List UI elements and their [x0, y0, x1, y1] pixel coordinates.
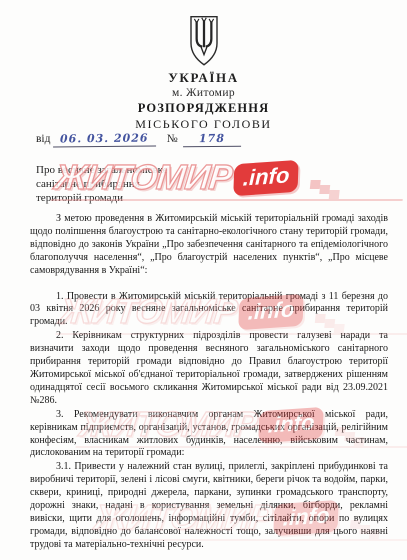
document-body: З метою проведення в Житомирській міські… [30, 213, 388, 552]
scanned-document-page: УКРАЇНА м. Житомир РОЗПОРЯДЖЕННЯ МІСЬКОГ… [0, 0, 407, 560]
watermark-site-suffix: .info [234, 159, 300, 195]
handwritten-number: 178 [183, 132, 241, 148]
city-name: м. Житомир [0, 87, 407, 99]
document-type: РОЗПОРЯДЖЕННЯ [0, 101, 407, 116]
handwritten-date: 06. 03. 2026 [53, 131, 156, 147]
watermark-steps-decoration [310, 180, 321, 189]
ukraine-trident-coat-of-arms-icon [187, 15, 221, 67]
number-sign-label: № [167, 133, 178, 145]
document-title: РОЗПОРЯДЖЕННЯ МІСЬКОГО ГОЛОВИ [0, 101, 407, 132]
subject-line: Про весняне загальноміське [36, 163, 168, 177]
item-3-1-paragraph: 3.1. Привести у належний стан вулиці, пр… [30, 461, 388, 551]
date-prefix-label: від [36, 133, 50, 145]
subject-line: територій громади [36, 191, 168, 205]
subject-line: санітарне прибирання [36, 177, 168, 191]
country-name: УКРАЇНА [0, 70, 407, 86]
date-number-line: від 06. 03. 2026 № 178 [36, 132, 241, 147]
item-2-paragraph: 2. Керівникам структурних підрозділів пр… [30, 330, 388, 407]
item-1-paragraph: 1. Провести в Житомирській міській терит… [30, 291, 388, 330]
document-header: УКРАЇНА м. Житомир [0, 15, 407, 99]
document-subject: Про весняне загальноміське санітарне при… [36, 163, 168, 205]
document-author: МІСЬКОГО ГОЛОВИ [0, 117, 407, 132]
item-3-paragraph: 3. Рекомендувати виконавчим органам Жито… [30, 409, 388, 461]
preamble-paragraph: З метою проведення в Житомирській міські… [30, 213, 388, 278]
